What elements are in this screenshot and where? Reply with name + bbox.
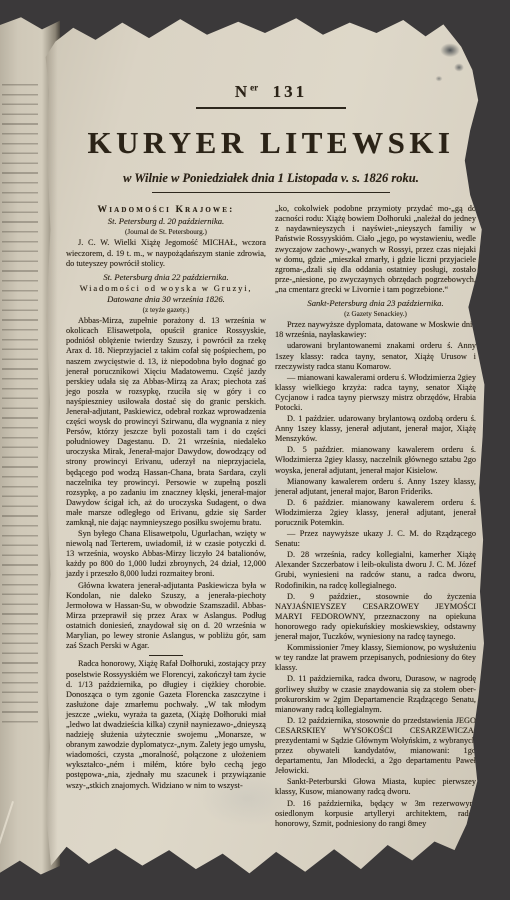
article-paragraph: D. 28 września, radcy kollegialni, kamer… (275, 550, 476, 590)
newspaper-title: KURYER LITEWSKI (66, 125, 476, 161)
article-paragraph: Kommissionier 7mey klassy, Siemionow, po… (275, 643, 476, 673)
issue-prefix: N (235, 82, 250, 101)
article-paragraph: D. 11 października, radca dworu, Durasow… (275, 674, 476, 714)
article-paragraph: J. C. W. Wielki Xiążę Jegomość MICHAŁ, w… (66, 238, 266, 268)
masthead-rule-bottom (152, 192, 390, 194)
article-paragraph: Przez naywyższe dyplomata, datowane w Mo… (275, 320, 476, 340)
article-subheading: Wiadomości od woyska w Gruzyi, (66, 283, 266, 293)
article-paragraph: D. 16 października, będący w 3m rezerwow… (275, 799, 476, 829)
article-source: (z teyże gazety.) (66, 305, 266, 315)
article-paragraph: Syn byłego Chana Elisawetpolu, Ugurlacha… (66, 529, 266, 579)
article-dateline: Datowane dnia 30 września 1826. (66, 294, 266, 304)
section-heading: Wiadomości Krajowe: (66, 205, 266, 215)
masthead: Ner 131 KURYER LITEWSKI w Wilnie w Ponie… (66, 82, 476, 193)
article-dateline: St. Petersburg d. 20 października. (66, 216, 266, 226)
article-paragraph: — mianowani kawalerami orderu ś. Włodzim… (275, 373, 476, 413)
article-source: (Journal de St. Petersbourg.) (66, 227, 266, 237)
article-paragraph: D. 12 października, stosownie do przedst… (275, 716, 476, 777)
article-dateline: Sankt-Petersburg dnia 23 października. (275, 298, 476, 308)
article-paragraph: Mianowany kawalerem orderu ś. Anny 1szey… (275, 477, 476, 497)
page-content: Ner 131 KURYER LITEWSKI w Wilnie w Ponie… (66, 70, 476, 830)
article-source: (z Gazety Senackiey.) (275, 309, 476, 319)
article-columns: Wiadomości Krajowe: St. Petersburg d. 20… (66, 204, 476, 830)
issue-value: 131 (273, 82, 308, 101)
article-paragraph: udarowani brylantowanemi znakami orderu … (275, 341, 476, 371)
article-paragraph: Radca honorowy, Xiążę Rafał Dołhoruki, z… (66, 659, 266, 790)
divider-rule (149, 655, 183, 656)
article-paragraph: Główna kwatera jenerał-adjutanta Paskiew… (66, 581, 266, 652)
section-divider (66, 655, 266, 656)
article-paragraph: — Przez naywyższe ukazy J. C. M. do Rząd… (275, 529, 476, 549)
newspaper-page-scan: Ner 131 KURYER LITEWSKI w Wilnie w Ponie… (42, 14, 488, 876)
article-paragraph: D. 1 paździer. udarowany brylantową ozdo… (275, 414, 476, 444)
masthead-rule-top (196, 107, 346, 109)
article-paragraph: D. 6 paździer. mianowany kawalerem order… (275, 498, 476, 528)
article-paragraph-continued: „ko, cokolwiek podobne przymioty przydać… (275, 204, 476, 295)
paper-crease (0, 801, 14, 851)
issue-superscript: er (250, 82, 258, 92)
masthead-dateline: w Wilnie w Poniedziałek dnia 1 Listopada… (66, 171, 476, 186)
article-dateline: St. Petersburg dnia 22 października. (66, 272, 266, 282)
article-paragraph: D. 9 paździer., stosownie do życzenia NA… (275, 592, 476, 642)
article-paragraph: D. 5 paździer. mianowany kawalerem order… (275, 445, 476, 475)
adjacent-page-text-fragments (2, 84, 38, 724)
article-paragraph: Sankt-Peterburski Głowa Miasta, kupiec p… (275, 777, 476, 797)
issue-number: Ner 131 (66, 82, 476, 102)
article-paragraph: Abbas-Mirza, zupełnie porażony d. 13 wrz… (66, 316, 266, 528)
left-column: Wiadomości Krajowe: St. Petersburg d. 20… (66, 204, 266, 830)
right-column: „ko, cokolwiek podobne przymioty przydać… (275, 204, 476, 830)
